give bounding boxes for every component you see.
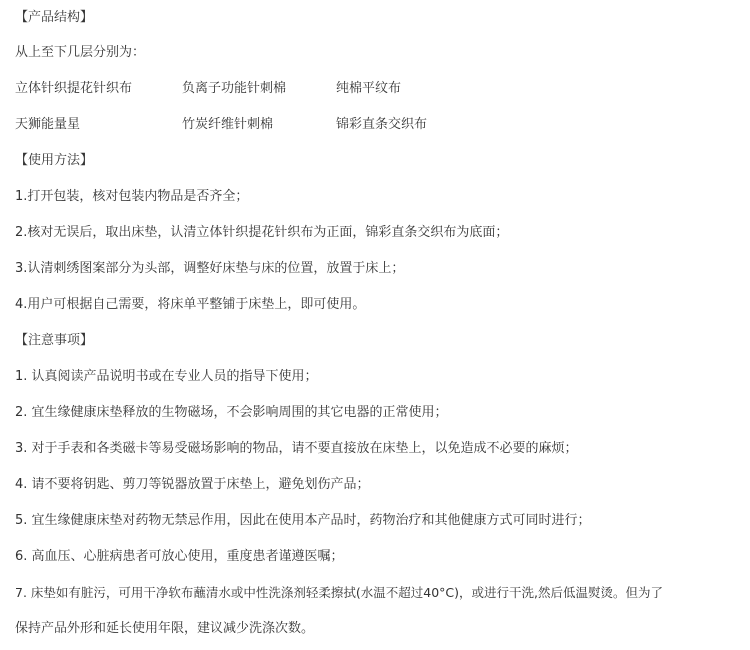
note-item: 1. 认真阅读产品说明书或在专业人员的指导下使用； xyxy=(15,367,318,387)
note-item: 6. 高血压、心脏病患者可放心使用，重度患者谨遵医嘱； xyxy=(15,547,344,567)
note-item: 2. 宜生缘健康床垫释放的生物磁场，不会影响周围的其它电器的正常使用； xyxy=(15,403,448,423)
usage-step: 1.打开包装，核对包装内物品是否齐全； xyxy=(15,187,248,207)
usage-step: 4.用户可根据自己需要，将床单平整铺于床垫上，即可使用。 xyxy=(15,295,365,315)
section-heading-structure: 【产品结构】 xyxy=(15,8,93,28)
layer-item: 天狮能量星 xyxy=(15,115,80,135)
layer-item: 纯棉平纹布 xyxy=(336,79,401,99)
layer-item: 负离子功能针刺棉 xyxy=(182,79,286,99)
note-item: 3. 对于手表和各类磁卡等易受磁场影响的物品，请不要直接放在床垫上，以免造成不必… xyxy=(15,439,578,459)
usage-step: 3.认清刺绣图案部分为头部，调整好床垫与床的位置，放置于床上； xyxy=(15,259,404,279)
usage-step: 2.核对无误后，取出床垫，认清立体针织提花针织布为正面，锦彩直条交织布为底面； xyxy=(15,223,508,243)
layer-item: 锦彩直条交织布 xyxy=(336,115,427,135)
note-item: 7. 床垫如有脏污，可用干净软布蘸清水或中性洗涤剂轻柔擦拭(水温不超过40°C)… xyxy=(15,583,663,603)
note-item-continuation: 保持产品外形和延长使用年限，建议减少洗涤次数。 xyxy=(15,619,314,639)
layer-item: 立体针织提花针织布 xyxy=(15,79,132,99)
section-heading-usage: 【使用方法】 xyxy=(15,151,93,171)
note-item: 4. 请不要将钥匙、剪刀等锐器放置于床垫上，避免划伤产品； xyxy=(15,475,370,495)
note-item: 5. 宜生缘健康床垫对药物无禁忌作用，因此在使用本产品时，药物治疗和其他健康方式… xyxy=(15,511,591,531)
structure-intro: 从上至下几层分别为： xyxy=(15,43,145,63)
layer-item: 竹炭纤维针刺棉 xyxy=(182,115,273,135)
section-heading-notes: 【注意事项】 xyxy=(15,331,93,351)
